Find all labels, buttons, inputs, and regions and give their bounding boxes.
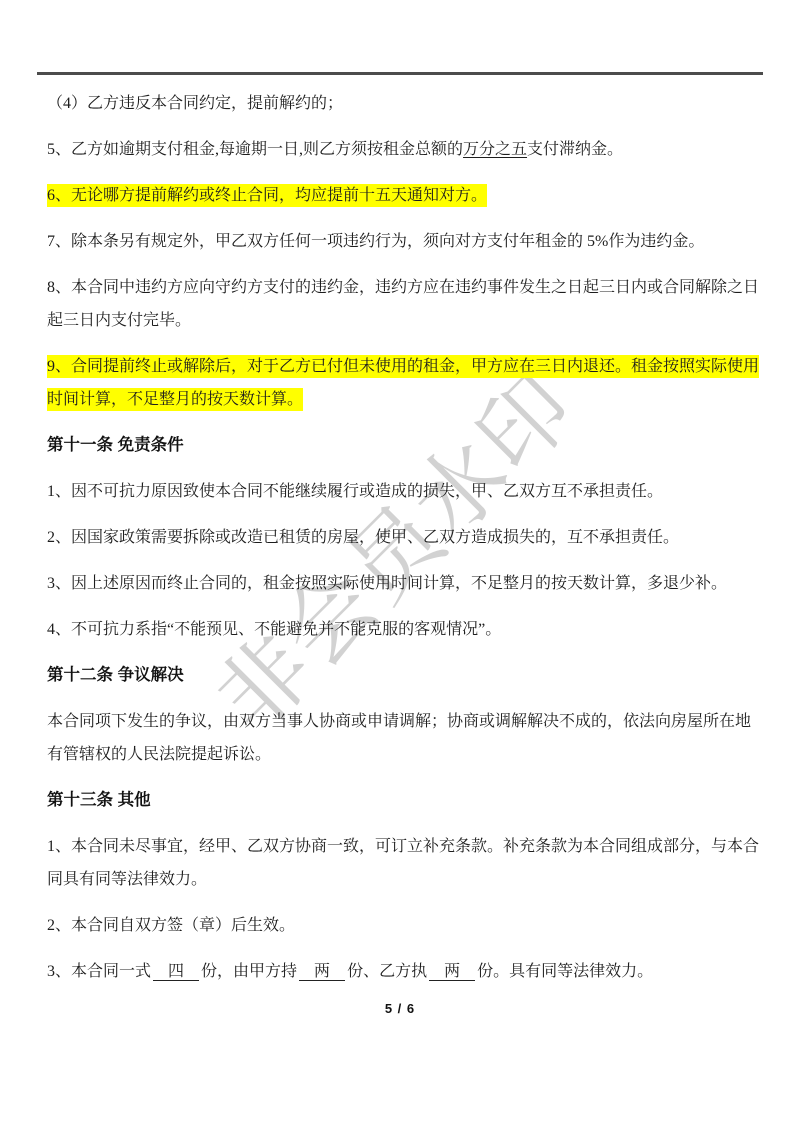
- contract-clause: 8、本合同中违约方应向守约方支付的违约金，违约方应在违约事件发生之日起三日内或合…: [47, 271, 759, 337]
- clause-text: 3、本合同一式: [47, 963, 151, 980]
- section-heading: 第十二条 争议解决: [47, 659, 759, 692]
- clause-text: 份。具有同等法律效力。: [477, 963, 653, 980]
- clause-text: 3、因上述原因而终止合同的，租金按照实际使用时间计算，不足整月的按天数计算，多退…: [47, 575, 727, 592]
- contract-clause: 9、合同提前终止或解除后，对于乙方已付但未使用的租金，甲方应在三日内退还。租金按…: [47, 350, 759, 416]
- fill-in-blank: 两: [429, 963, 475, 981]
- clause-text: 第十一条 免责条件: [47, 436, 184, 454]
- clause-text: 7、除本条另有规定外，甲乙双方任何一项违约行为，须向对方支付年租金的 5%作为违…: [47, 233, 704, 250]
- contract-clause: 1、因不可抗力原因致使本合同不能继续履行或造成的损失，甲、乙双方互不承担责任。: [47, 475, 759, 508]
- clause-text: 1、本合同未尽事宜，经甲、乙双方协商一致，可订立补充条款。补充条款为本合同组成部…: [47, 838, 759, 888]
- clause-text: 支付滞纳金。: [527, 141, 623, 158]
- clause-text: 份，由甲方持: [201, 963, 297, 980]
- contract-clause: （4）乙方违反本合同约定，提前解约的；: [47, 87, 759, 120]
- fill-in-blank: 两: [299, 963, 345, 981]
- clause-text: 8、本合同中违约方应向守约方支付的违约金，违约方应在违约事件发生之日起三日内或合…: [47, 279, 759, 329]
- clause-text: 本合同项下发生的争议，由双方当事人协商或申请调解；协商或调解解决不成的，依法向房…: [47, 713, 751, 763]
- contract-page: 非会员水印 （4）乙方违反本合同约定，提前解约的；5、乙方如逾期支付租金,每逾期…: [0, 0, 800, 1131]
- clause-text: 1、因不可抗力原因致使本合同不能继续履行或造成的损失，甲、乙双方互不承担责任。: [47, 483, 663, 500]
- contract-clause: 2、本合同自双方签（章）后生效。: [47, 909, 759, 942]
- clause-text: 万分之五: [463, 141, 527, 158]
- document-content: （4）乙方违反本合同约定，提前解约的；5、乙方如逾期支付租金,每逾期一日,则乙方…: [47, 87, 759, 1001]
- contract-clause: 本合同项下发生的争议，由双方当事人协商或申请调解；协商或调解解决不成的，依法向房…: [47, 705, 759, 771]
- contract-clause: 4、不可抗力系指“不能预见、不能避免并不能克服的客观情况”。: [47, 613, 759, 646]
- fill-in-blank: 四: [153, 963, 199, 981]
- page-number: 5 / 6: [0, 1001, 800, 1016]
- clause-text: 5、乙方如逾期支付租金,每逾期一日,则乙方须按租金总额的: [47, 141, 463, 158]
- clause-text: 第十二条 争议解决: [47, 666, 184, 684]
- clause-text: 2、本合同自双方签（章）后生效。: [47, 917, 295, 934]
- contract-clause: 3、本合同一式四份，由甲方持两份、乙方执两份。具有同等法律效力。: [47, 955, 759, 988]
- section-heading: 第十三条 其他: [47, 784, 759, 817]
- clause-text: 第十三条 其他: [47, 791, 151, 809]
- header-divider: [37, 72, 763, 75]
- contract-clause: 5、乙方如逾期支付租金,每逾期一日,则乙方须按租金总额的万分之五支付滞纳金。: [47, 133, 759, 166]
- contract-clause: 6、无论哪方提前解约或终止合同，均应提前十五天通知对方。: [47, 179, 759, 212]
- contract-clause: 2、因国家政策需要拆除或改造已租赁的房屋，使甲、乙双方造成损失的，互不承担责任。: [47, 521, 759, 554]
- contract-clause: 1、本合同未尽事宜，经甲、乙双方协商一致，可订立补充条款。补充条款为本合同组成部…: [47, 830, 759, 896]
- contract-clause: 3、因上述原因而终止合同的，租金按照实际使用时间计算，不足整月的按天数计算，多退…: [47, 567, 759, 600]
- highlighted-text: 9、合同提前终止或解除后，对于乙方已付但未使用的租金，甲方应在三日内退还。租金按…: [47, 355, 759, 411]
- section-heading: 第十一条 免责条件: [47, 429, 759, 462]
- contract-clause: 7、除本条另有规定外，甲乙双方任何一项违约行为，须向对方支付年租金的 5%作为违…: [47, 225, 759, 258]
- clause-text: 份、乙方执: [347, 963, 427, 980]
- clause-text: （4）乙方违反本合同约定，提前解约的；: [47, 95, 343, 112]
- clause-text: 2、因国家政策需要拆除或改造已租赁的房屋，使甲、乙双方造成损失的，互不承担责任。: [47, 529, 679, 546]
- highlighted-text: 6、无论哪方提前解约或终止合同，均应提前十五天通知对方。: [47, 184, 487, 207]
- clause-text: 4、不可抗力系指“不能预见、不能避免并不能克服的客观情况”。: [47, 621, 501, 638]
